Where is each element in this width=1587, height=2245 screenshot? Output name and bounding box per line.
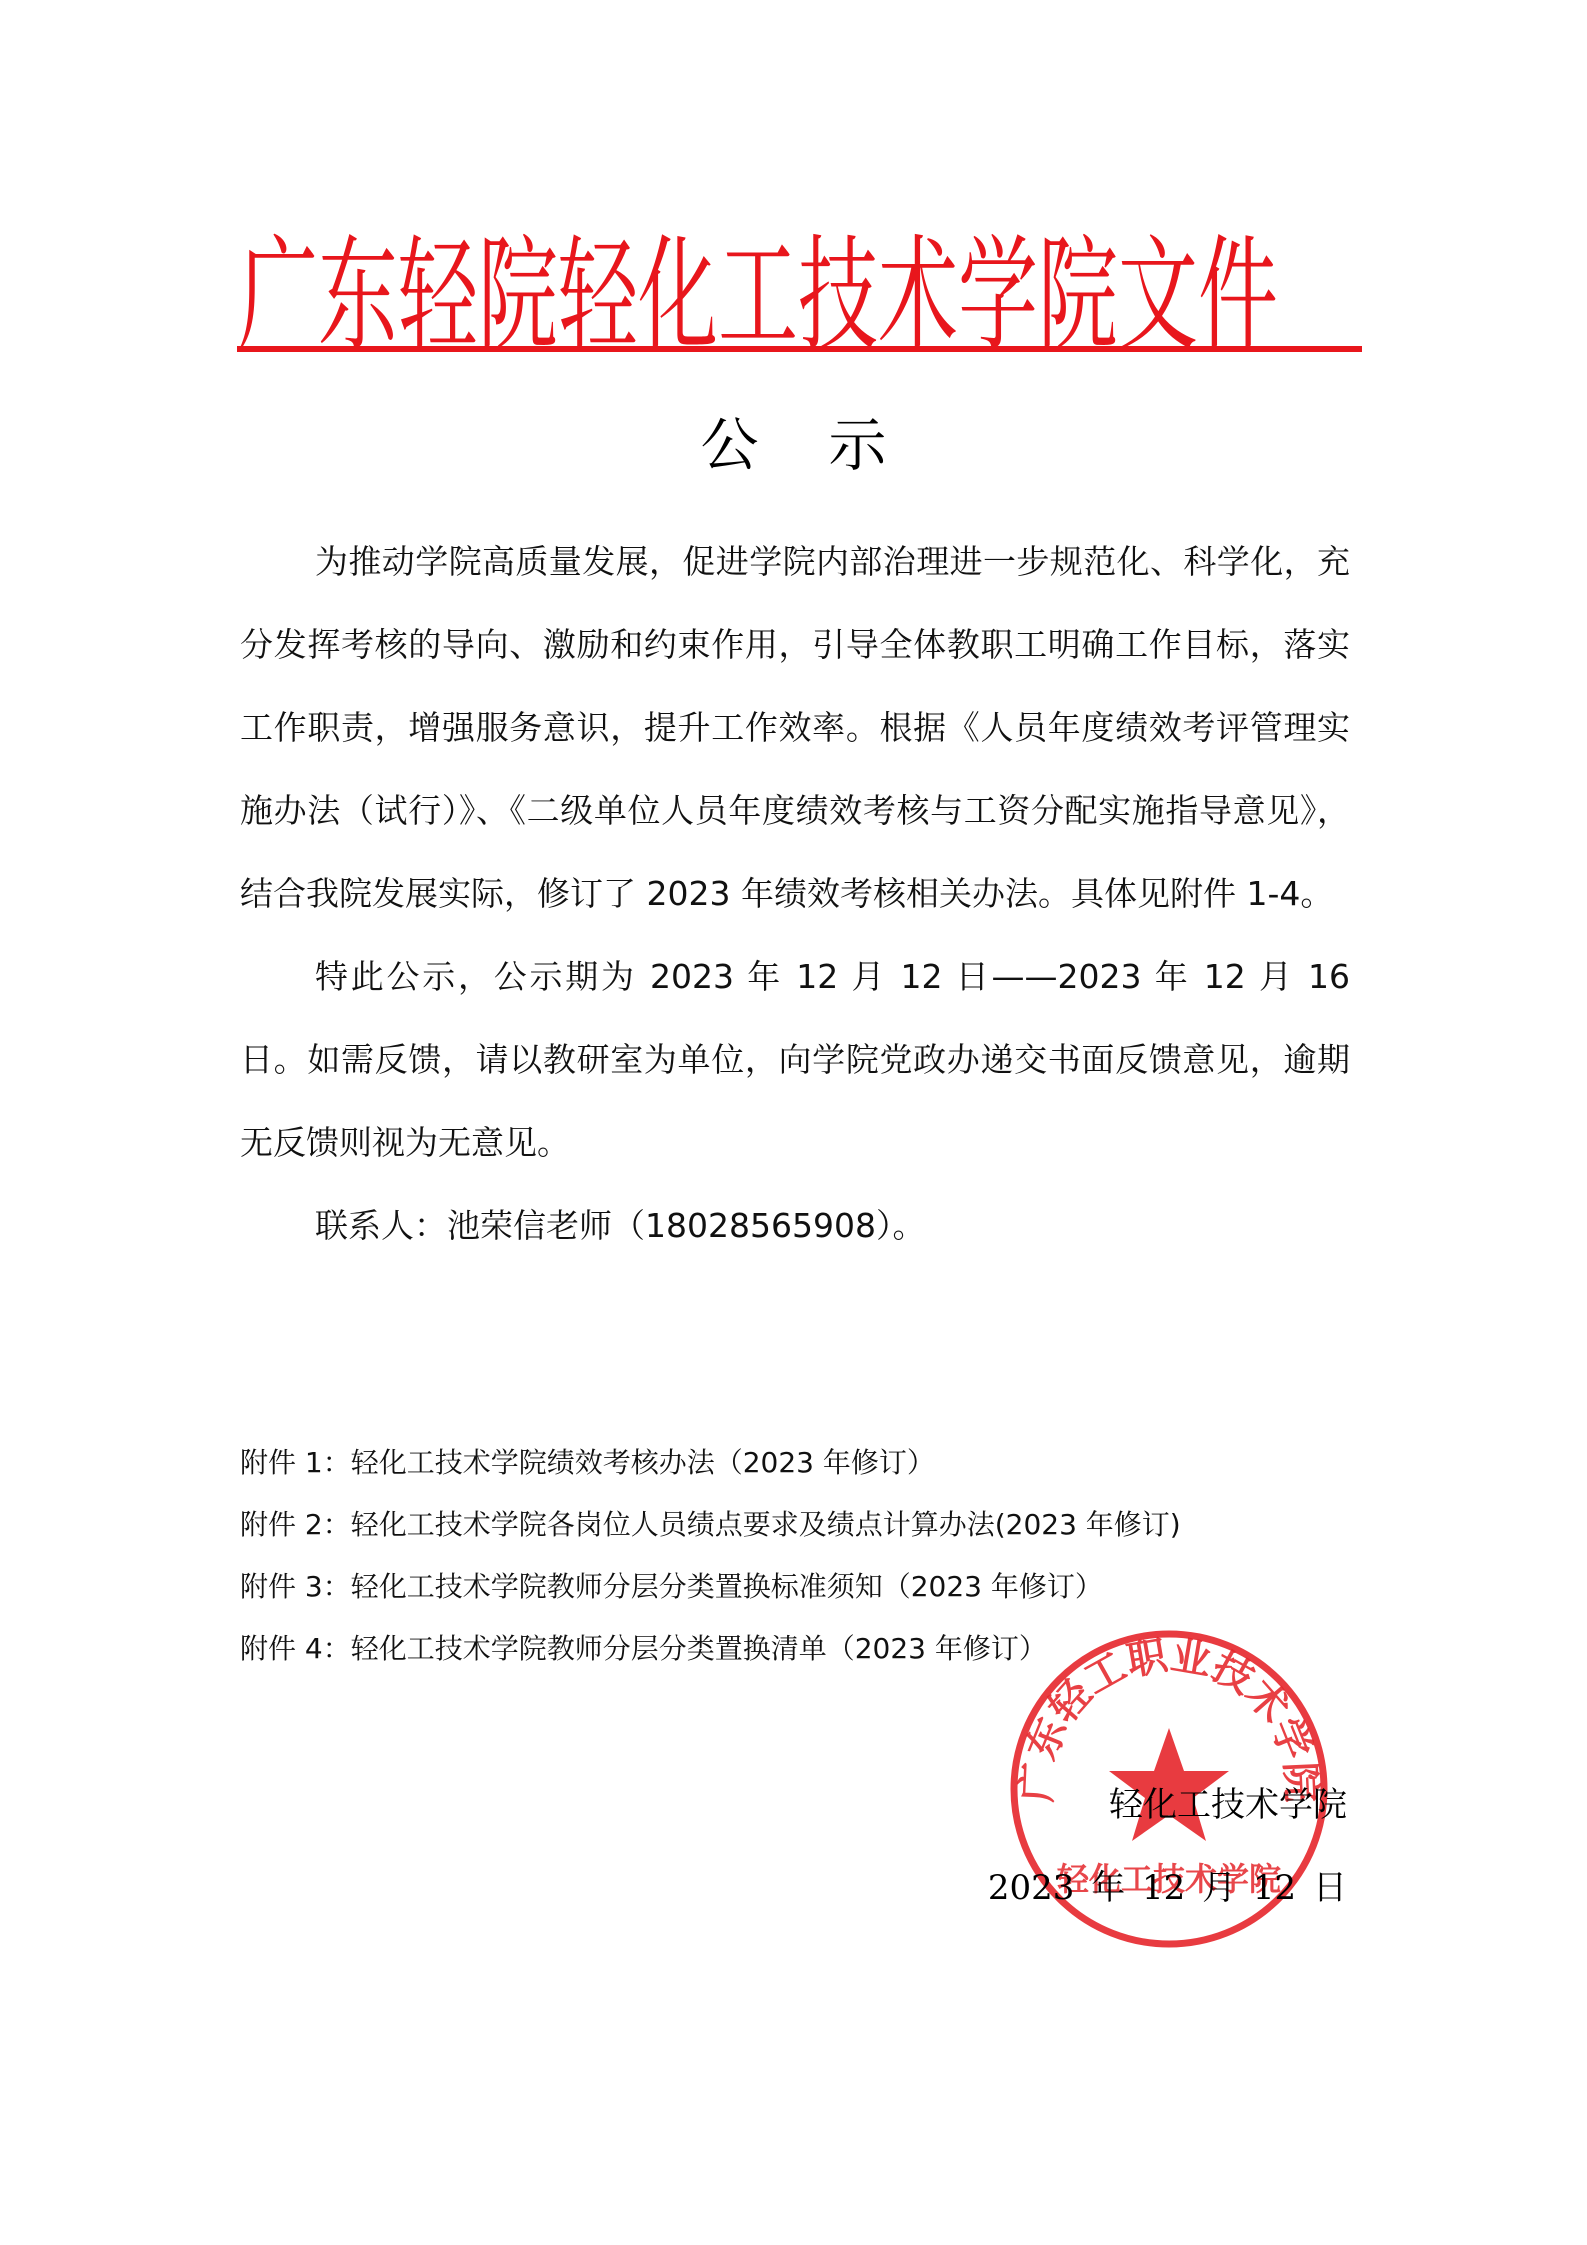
attachment-item-3: 附件 3：轻化工技术学院教师分层分类置换标准须知（2023 年修订） (240, 1556, 1360, 1618)
attachment-item-1: 附件 1：轻化工技术学院绩效考核办法（2023 年修订） (240, 1432, 1360, 1494)
attachment-item-2: 附件 2：轻化工技术学院各岗位人员绩点要求及绩点计算办法(2023 年修订) (240, 1494, 1360, 1556)
signature-org: 轻化工技术学院 (1109, 1775, 1347, 1835)
header-red-rule (237, 346, 1362, 352)
header-title-text: 广东轻院轻化工技术学院文件 (238, 180, 1278, 413)
body-paragraph-period: 特此公示，公示期为 2023 年 12 月 12 日——2023 年 12 月 … (240, 935, 1350, 1184)
document-page: 广东轻院轻化工技术学院文件 公示 为推动学院高质量发展，促进学院内部治理进一步规… (0, 0, 1587, 2245)
body-paragraph-main: 为推动学院高质量发展，促进学院内部治理进一步规范化、科学化，充分发挥考核的导向、… (240, 520, 1350, 935)
body-paragraph-contact: 联系人：池荣信老师（18028565908）。 (240, 1184, 1350, 1267)
signature-date: 2023 年 12 月 12 日 (988, 1858, 1347, 1918)
notice-heading: 公示 (0, 405, 1587, 485)
document-header-title: 广东轻院轻化工技术学院文件 (238, 180, 1362, 413)
notice-body: 为推动学院高质量发展，促进学院内部治理进一步规范化、科学化，充分发挥考核的导向、… (240, 520, 1350, 1267)
